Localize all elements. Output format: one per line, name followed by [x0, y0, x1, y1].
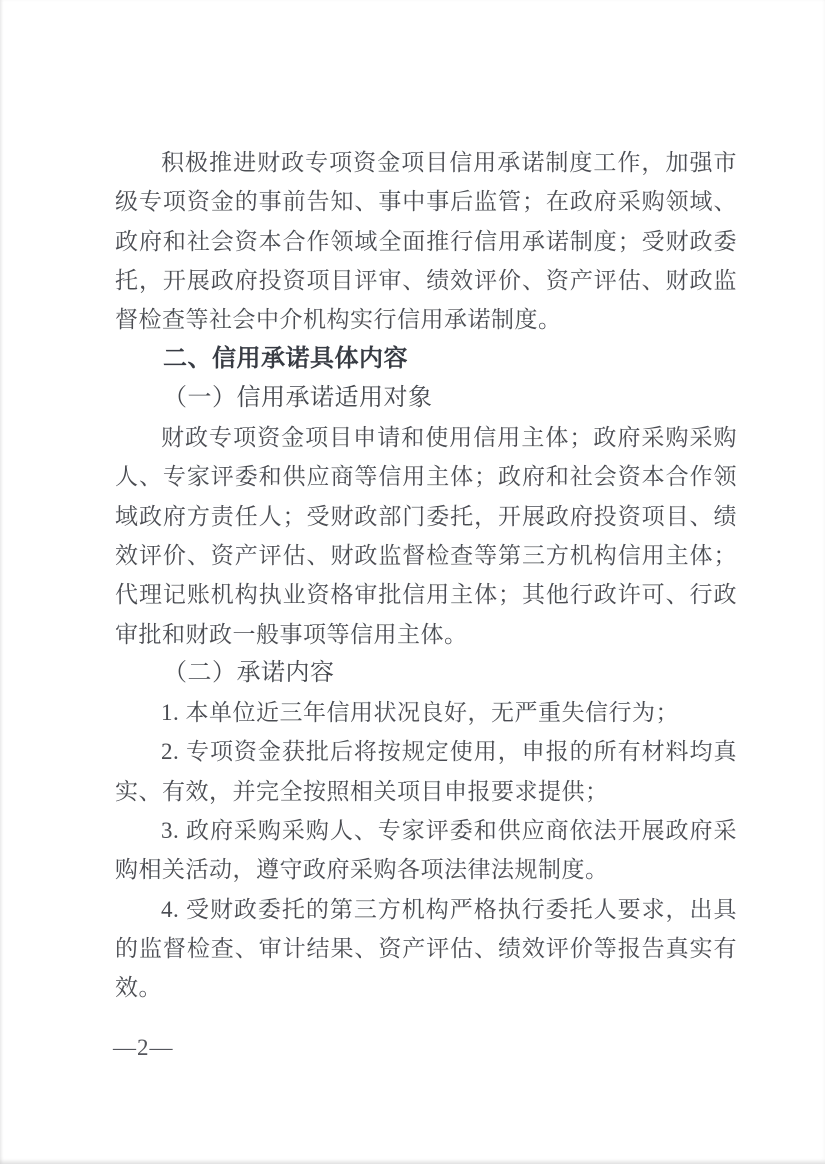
page-number: —2—	[113, 1028, 174, 1067]
list-item-3: 3. 政府采购采购人、专家评委和供应商依法开展政府采购相关活动，遵守政府采购各项…	[115, 811, 737, 890]
subsection-heading-2: （二）承诺内容	[115, 654, 737, 693]
document-body: 积极推进财政专项资金项目信用承诺制度工作，加强市级专项资金的事前告知、事中事后监…	[115, 143, 737, 1008]
scan-edge-left	[0, 0, 3, 1164]
scan-edge-bottom	[0, 1159, 825, 1164]
list-item-4: 4. 受财政委托的第三方机构严格执行委托人要求，出具的监督检查、审计结果、资产评…	[115, 890, 737, 1008]
list-item-2: 2. 专项资金获批后将按规定使用，申报的所有材料均真实、有效，并完全按照相关项目…	[115, 732, 737, 811]
list-item-1: 1. 本单位近三年信用状况良好，无严重失信行为；	[115, 693, 737, 732]
section-heading-2: 二、信用承诺具体内容	[115, 339, 737, 378]
paragraph-intro: 积极推进财政专项资金项目信用承诺制度工作，加强市级专项资金的事前告知、事中事后监…	[115, 143, 737, 339]
subsection-heading-1: （一）信用承诺适用对象	[115, 379, 737, 418]
document-page: 积极推进财政专项资金项目信用承诺制度工作，加强市级专项资金的事前告知、事中事后监…	[0, 0, 825, 1164]
paragraph-applicable-subjects: 财政专项资金项目申请和使用信用主体；政府采购采购人、专家评委和供应商等信用主体；…	[115, 418, 737, 654]
